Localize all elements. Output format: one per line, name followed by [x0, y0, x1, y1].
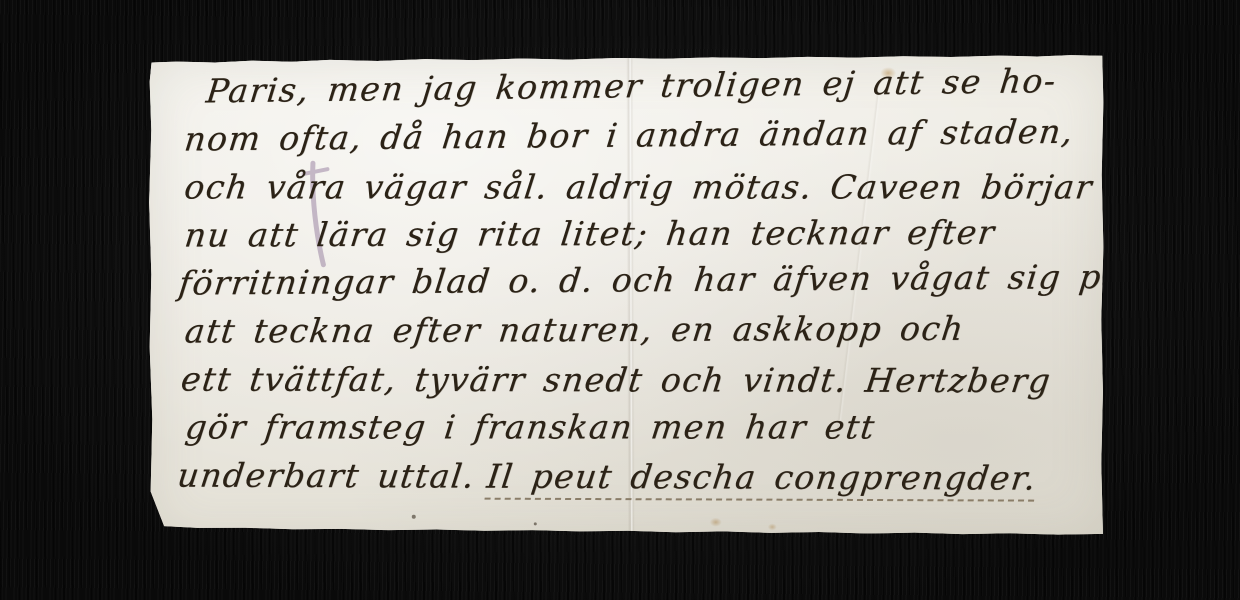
letter-line: ett tvättfat, tyvärr snedt och vindt. He… — [178, 356, 1092, 406]
foxing-spot — [710, 518, 722, 527]
letter-line: gör framsteg i franskan men har ett — [183, 404, 1094, 452]
letter-line: nom ofta, då han bor i andra ändan af st… — [182, 108, 1093, 164]
ink-speck — [534, 522, 537, 525]
letter-line: nu att lära sig rita litet; han tecknar … — [182, 208, 1093, 259]
photo-background: Paris, men jag kommer troligen ej att se… — [0, 0, 1240, 600]
letter-line: förritningar blad o. d. och har äfven vå… — [176, 253, 1093, 307]
letter-line: och våra vägar sål. aldrig mötas. Caveen… — [182, 164, 1093, 212]
underlined-phrase: Il peut descha congprengder. — [484, 457, 1039, 502]
letter-line: att teckna efter naturen, en askkopp och — [182, 304, 1093, 355]
foxing-spot — [768, 523, 777, 530]
letter-line: Paris, men jag kommer troligen ej att se… — [204, 57, 1093, 116]
letter-paper: Paris, men jag kommer troligen ej att se… — [148, 54, 1106, 539]
ink-speck — [412, 515, 416, 519]
letter-line: underbart uttal.Il peut descha congpreng… — [175, 452, 1093, 503]
letter-text: Paris, men jag kommer troligen ej att se… — [184, 64, 1091, 499]
letter-line-text: underbart uttal. — [175, 456, 477, 496]
